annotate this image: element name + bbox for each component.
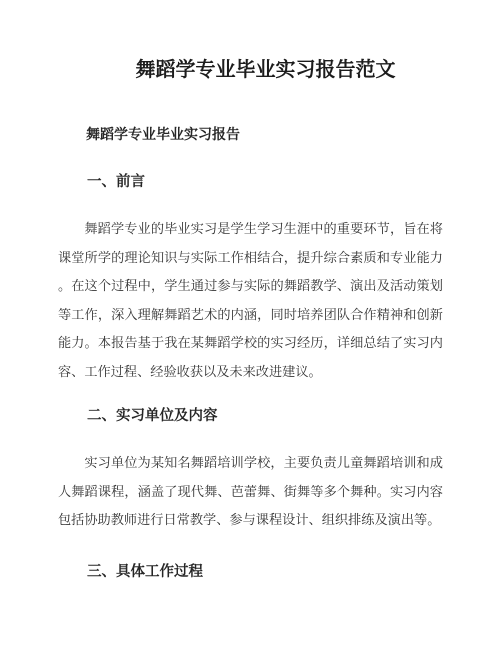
document-page: 舞蹈学专业毕业实习报告范文 舞蹈学专业毕业实习报告 一、前言 舞蹈学专业的毕业实… — [0, 56, 500, 581]
section-internship-unit: 二、实习单位及内容 实习单位为某知名舞蹈培训学校，主要负责儿童舞蹈培训和成 人舞… — [58, 407, 443, 535]
paragraph: 实习单位为某知名舞蹈培训学校，主要负责儿童舞蹈培训和成 人舞蹈课程，涵盖了现代舞… — [58, 449, 443, 535]
section-heading: 一、前言 — [58, 173, 443, 191]
document-subtitle: 舞蹈学专业毕业实习报告 — [58, 125, 443, 143]
paragraph-line: 舞蹈学专业的毕业实习是学生学习生涯中的重要环节，旨在将 — [58, 215, 443, 244]
paragraph-line: 人舞蹈课程，涵盖了现代舞、芭蕾舞、街舞等多个舞种。实习内容 — [58, 478, 443, 507]
paragraph-line: 容、工作过程、经验收获以及未来改进建议。 — [58, 358, 443, 387]
paragraph-line: 课堂所学的理论知识与实际工作相结合，提升综合素质和专业能力 — [58, 244, 443, 273]
section-foreword: 一、前言 舞蹈学专业的毕业实习是学生学习生涯中的重要环节，旨在将 课堂所学的理论… — [58, 173, 443, 386]
paragraph-line: 实习单位为某知名舞蹈培训学校，主要负责儿童舞蹈培训和成 — [58, 449, 443, 478]
paragraph-line: 等工作，深入理解舞蹈艺术的内涵，同时培养团队合作精神和创新 — [58, 301, 443, 330]
paragraph-line: 包括协助教师进行日常教学、参与课程设计、组织排练及演出等。 — [58, 506, 443, 535]
paragraph-line: 能力。本报告基于我在某舞蹈学校的实习经历，详细总结了实习内 — [58, 329, 443, 358]
document-title: 舞蹈学专业毕业实习报告范文 — [58, 56, 443, 84]
section-heading: 二、实习单位及内容 — [58, 407, 443, 425]
section-heading: 三、具体工作过程 — [58, 563, 443, 581]
section-work-process: 三、具体工作过程 — [58, 563, 443, 581]
paragraph-line: 。在这个过程中，学生通过参与实际的舞蹈教学、演出及活动策划 — [58, 272, 443, 301]
paragraph: 舞蹈学专业的毕业实习是学生学习生涯中的重要环节，旨在将 课堂所学的理论知识与实际… — [58, 215, 443, 386]
